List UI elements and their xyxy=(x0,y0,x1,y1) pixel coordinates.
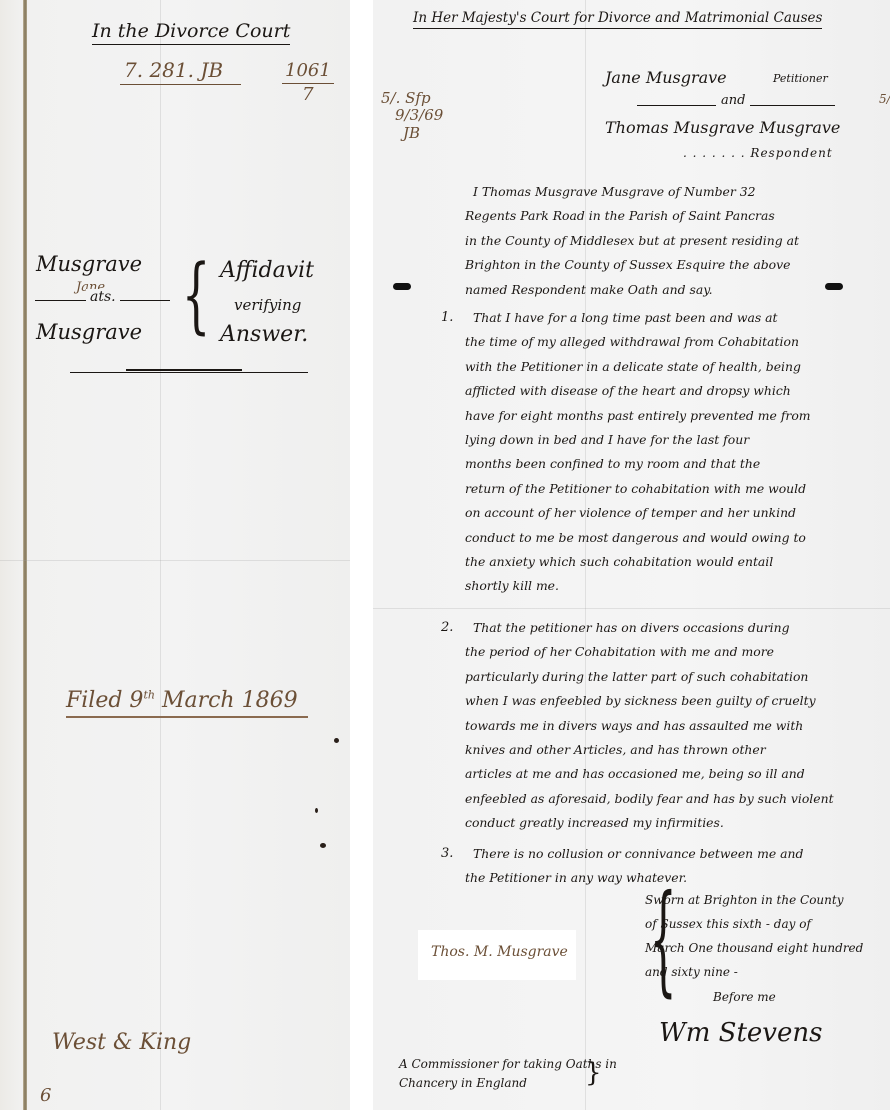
filed-note-ordinal: th xyxy=(143,689,155,702)
text-line: conduct greatly increased my infirmities… xyxy=(465,811,865,835)
folio-number: 1061 7 xyxy=(282,60,334,106)
rule-line xyxy=(70,372,308,373)
text-line: There is no collusion or connivance betw… xyxy=(465,842,865,866)
ink-spot xyxy=(320,843,326,848)
petitioner-role: Petitioner xyxy=(773,72,828,85)
filed-note: Filed 9th March 1869 xyxy=(66,688,308,718)
text-line: I Thomas Musgrave Musgrave of Number 32 xyxy=(465,180,865,204)
text-line: in the County of Middlesex but at presen… xyxy=(465,229,865,253)
paragraph-number: 2. xyxy=(441,620,453,635)
text-line: with the Petitioner in a delicate state … xyxy=(465,355,865,379)
document-type-line-3: Answer. xyxy=(220,322,308,347)
commissioner-signature: Wm Stevens xyxy=(659,1018,822,1048)
paragraph-number: 3. xyxy=(441,846,453,861)
text-line: particularly during the latter part of s… xyxy=(465,665,865,689)
case-party-1: Musgrave xyxy=(36,252,142,276)
rule-line-bold xyxy=(126,369,242,371)
court-header: In Her Majesty's Court for Divorce and M… xyxy=(413,10,822,29)
paragraph-number: 1. xyxy=(441,310,453,325)
folio-bottom: 7 xyxy=(302,84,313,105)
text-line: Brighton in the County of Sussex Esquire… xyxy=(465,253,865,277)
text-line: shortly kill me. xyxy=(465,574,865,598)
folio-top: 1061 xyxy=(282,60,334,84)
docket-page: In the Divorce Court 7. 281. JB 1061 7 M… xyxy=(0,0,350,1110)
margin-note-initials: JB xyxy=(381,125,443,142)
text-line: return of the Petitioner to cohabitation… xyxy=(465,477,865,501)
text-line: Regents Park Road in the Parish of Saint… xyxy=(465,204,865,228)
text-line: enfeebled as aforesaid, bodily fear and … xyxy=(465,787,865,811)
reference-number: 7. 281. JB xyxy=(120,58,241,85)
brace-icon: } xyxy=(585,1058,602,1088)
court-title: In the Divorce Court xyxy=(92,20,290,45)
text-line: of Sussex this sixth - day of xyxy=(645,912,863,936)
text-line: lying down in bed and I have for the las… xyxy=(465,428,865,452)
text-line: when I was enfeebled by sickness been gu… xyxy=(465,689,865,713)
filed-note-date: March 1869 xyxy=(155,688,298,713)
fold-line xyxy=(160,0,161,1110)
text-line: the time of my alleged withdrawal from C… xyxy=(465,330,865,354)
text-line: months been confined to my room and that… xyxy=(465,452,865,476)
solicitors-signature: West & King xyxy=(52,1030,191,1055)
ink-spot xyxy=(315,808,318,813)
text-line: Sworn at Brighton in the County xyxy=(645,888,863,912)
margin-note-date: 9/3/69 xyxy=(381,107,443,124)
text-line: afflicted with disease of the heart and … xyxy=(465,379,865,403)
text-line: the anxiety which such cohabitation woul… xyxy=(465,550,865,574)
caption-connector: and xyxy=(716,93,750,108)
document-type-line-1: Affidavit xyxy=(220,258,314,283)
text-line: articles at me and has occasioned me, be… xyxy=(465,762,865,786)
margin-note-fee: 5/. Sfp xyxy=(381,90,443,107)
respondent-role: . . . . . . . Respondent xyxy=(683,146,833,160)
before-me: Before me xyxy=(713,990,776,1004)
margin-note: 5/. Sfp 9/3/69 JB xyxy=(381,90,443,142)
text-line: March One thousand eight hundred xyxy=(645,936,863,960)
filed-note-prefix: Filed 9 xyxy=(66,688,143,713)
text-line: That I have for a long time past been an… xyxy=(465,306,865,330)
case-party-2: Musgrave xyxy=(36,320,142,344)
text-line: named Respondent make Oath and say. xyxy=(465,278,865,302)
text-line: on account of her violence of temper and… xyxy=(465,501,865,525)
text-line: have for eight months past entirely prev… xyxy=(465,404,865,428)
text-line: the period of her Cohabitation with me a… xyxy=(465,640,865,664)
page-number: 6 xyxy=(40,1085,51,1106)
fold-line xyxy=(373,608,890,609)
brace-icon: { xyxy=(182,255,211,337)
text-line: knives and other Articles, and has throw… xyxy=(465,738,865,762)
text-line: towards me in divers ways and has assaul… xyxy=(465,714,865,738)
affidavit-page: In Her Majesty's Court for Divorce and M… xyxy=(373,0,890,1110)
fold-line xyxy=(0,560,350,561)
petitioner-name: Jane Musgrave xyxy=(605,68,727,87)
edge-note: 5/ xyxy=(879,92,890,106)
respondent-role-label: Respondent xyxy=(750,146,832,160)
text-line: conduct to me be most dangerous and woul… xyxy=(465,526,865,550)
text-line: That the petitioner has on divers occasi… xyxy=(465,616,865,640)
ink-spot xyxy=(334,738,339,743)
paragraph-2: That the petitioner has on divers occasi… xyxy=(465,616,865,836)
deponent-signature: Thos. M. Musgrave xyxy=(431,944,568,960)
preamble: I Thomas Musgrave Musgrave of Number 32 … xyxy=(465,180,865,302)
ink-blot xyxy=(393,283,411,290)
binding-edge xyxy=(23,0,27,1110)
document-type-line-2: verifying xyxy=(234,296,301,314)
caption-separator: ats. xyxy=(86,289,120,305)
jurat: Sworn at Brighton in the County of Susse… xyxy=(645,888,863,984)
paragraph-1: That I have for a long time past been an… xyxy=(465,306,865,599)
text-line: and sixty nine - xyxy=(645,960,863,984)
respondent-name: Thomas Musgrave Musgrave xyxy=(605,118,840,137)
